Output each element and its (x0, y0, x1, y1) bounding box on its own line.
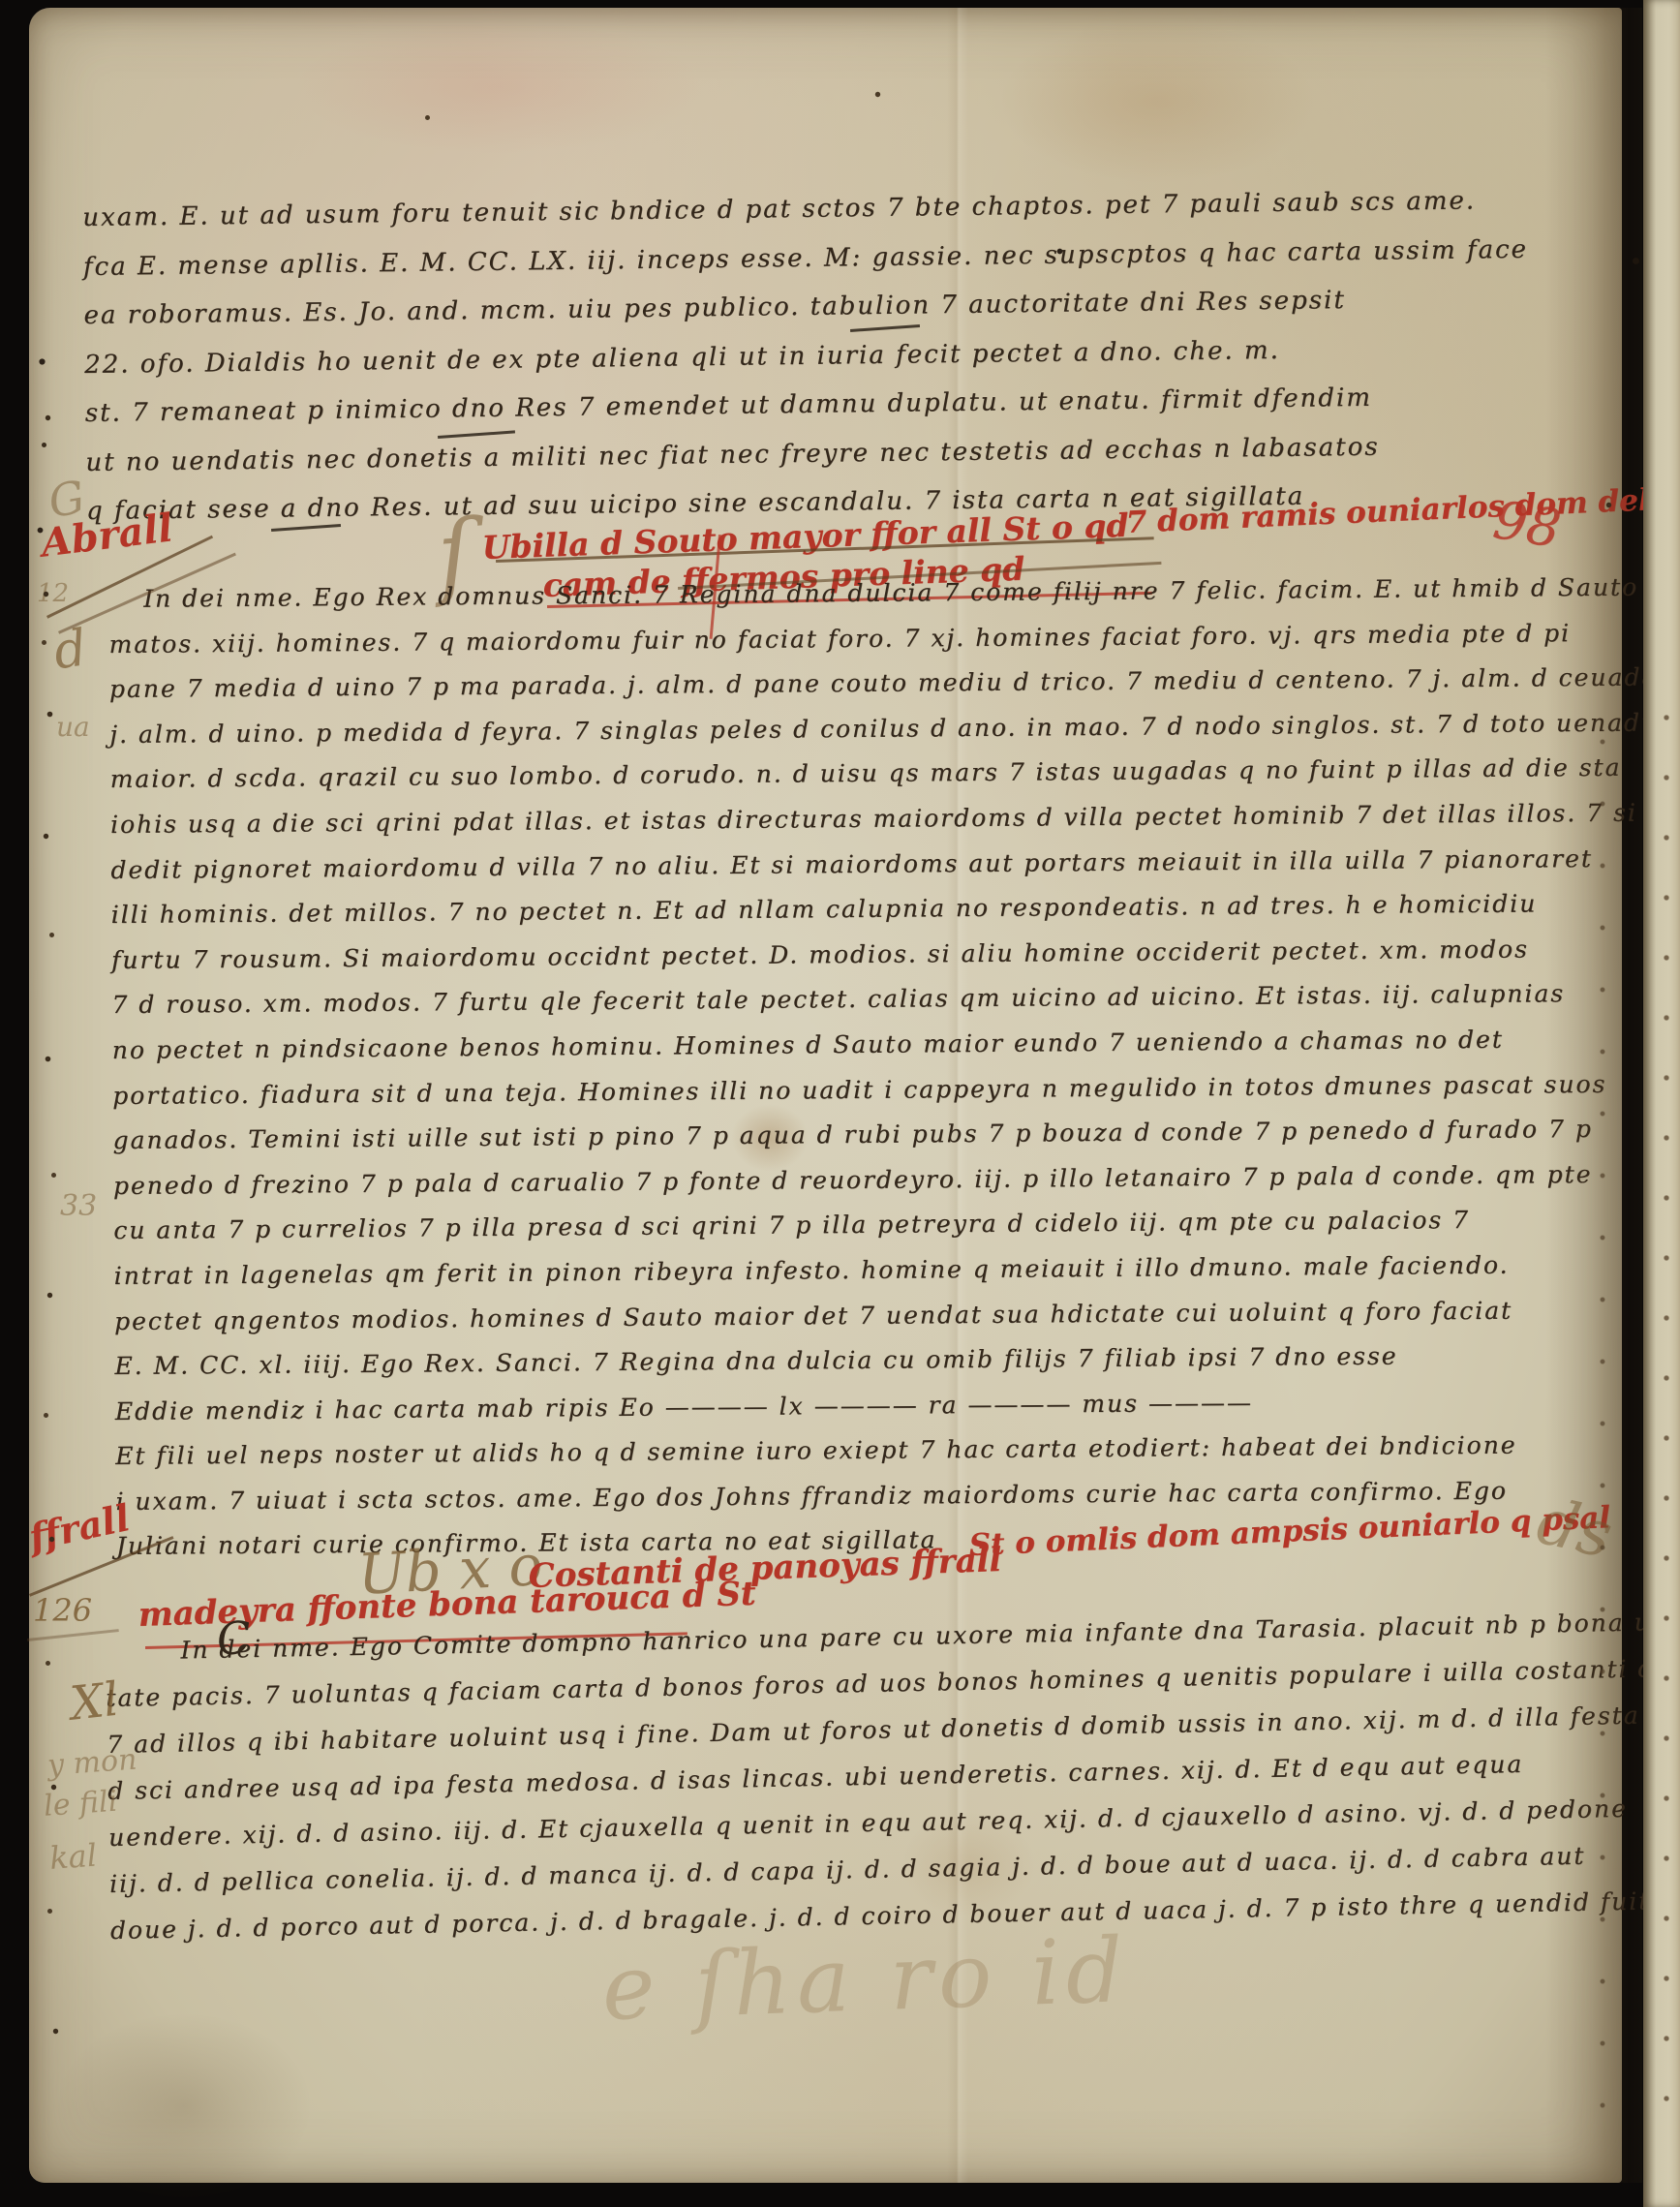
ink-specks (0, 0, 3, 3)
margin-mark-c: C (215, 1611, 253, 1666)
margin-number-12: 12 (37, 579, 69, 608)
margin-number-126: 126 (33, 1592, 92, 1629)
text-block-soutomayor-charter: In dei nme. Ego Rex domnus Sanci. 7 Regi… (108, 564, 1680, 1570)
margin-note-kal: kal (48, 1837, 98, 1877)
gutter-shadow (1545, 8, 1642, 2183)
pricking-holes-column (1596, 736, 1609, 2121)
margin-number-33: 33 (60, 1189, 97, 1223)
manuscript-scan: uxam. E. ut ad usum foru tenuit sic bndi… (0, 0, 1680, 2207)
ghost-offset-writing: e ſha ro id (600, 1918, 1130, 2040)
margin-note-le-fili: le fili (43, 1785, 118, 1824)
text-block-top-charter-end: uxam. E. ut ad usum foru tenuit sic bndi… (82, 176, 1531, 536)
text-block-costanti-charter: In dei nme. Ego Comite dompno hanrico un… (105, 1597, 1680, 1954)
margin-mark-xl: Xl (68, 1672, 121, 1732)
pricking-holes-column (1658, 712, 1675, 2145)
margin-note-y-mon: y mon (46, 1743, 138, 1783)
margin-scribble: ua (56, 711, 90, 743)
